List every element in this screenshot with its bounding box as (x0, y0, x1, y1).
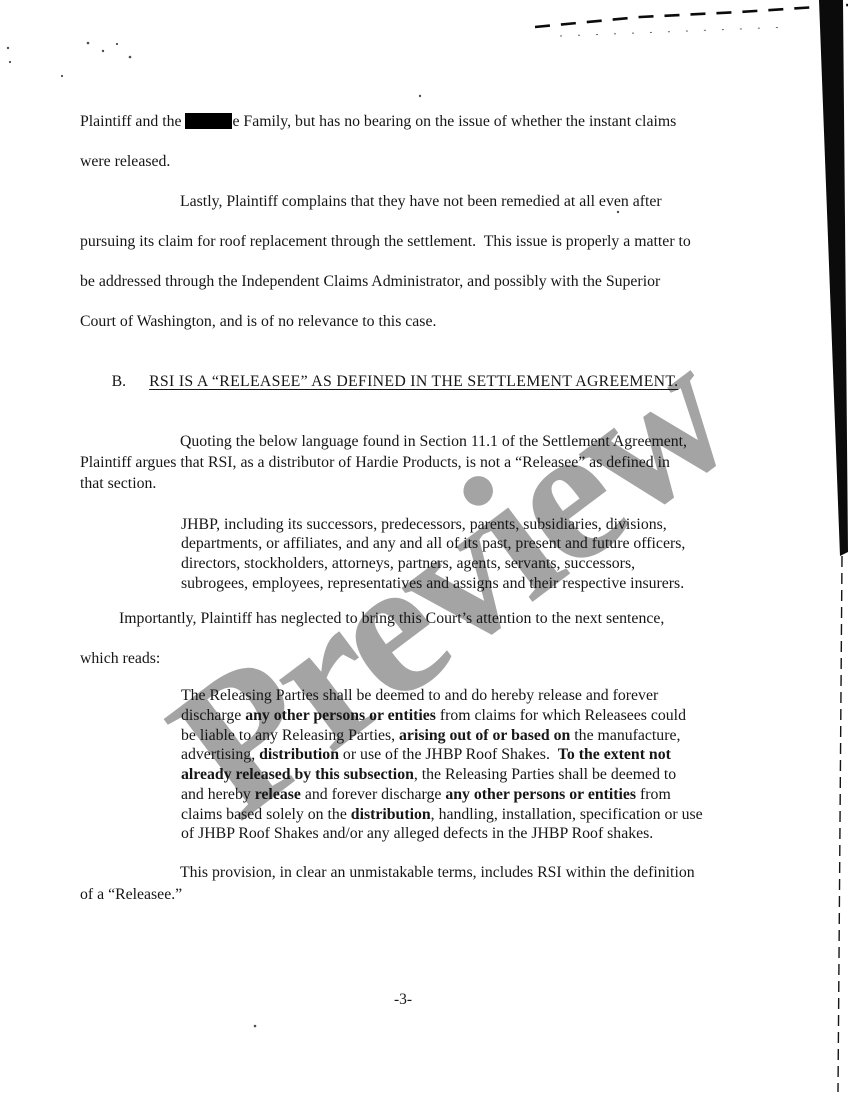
text-line: Plaintiff and the e Family, but has no b… (80, 112, 770, 132)
right-edge-dashed-line (838, 556, 842, 1092)
text-line: which reads: (80, 649, 770, 669)
text-segment: departments, or affiliates, and any and … (181, 535, 685, 552)
section-heading-line: B.RSI IS A “RELEASEE” AS DEFINED IN THE … (80, 352, 770, 412)
text-segment: Importantly, Plaintiff has neglected to … (119, 610, 664, 627)
text-segment: advertising, (181, 746, 259, 763)
text-segment: and forever discharge (301, 786, 445, 803)
text-line: Importantly, Plaintiff has neglected to … (80, 609, 770, 629)
text-segment: JHBP, including its successors, predeces… (181, 516, 667, 533)
text-segment: , handling, installation, specification … (431, 806, 703, 823)
text-line: Quoting the below language found in Sect… (80, 432, 770, 453)
text-line: discharge any other persons or entities … (181, 706, 770, 726)
paragraph-plaintiff-family: Plaintiff and the e Family, but has no b… (80, 112, 770, 172)
text-line: departments, or affiliates, and any and … (181, 534, 770, 554)
document-body: Plaintiff and the e Family, but has no b… (80, 112, 770, 905)
blockquote-releasing-parties: The Releasing Parties shall be deemed to… (181, 686, 770, 844)
text-segment: from claims for which Releasees could (436, 707, 686, 724)
text-line: that section. (80, 474, 770, 495)
text-segment: of JHBP Roof Shakes and/or any alleged d… (181, 825, 653, 842)
text-line: subrogees, employees, representatives an… (181, 574, 770, 594)
text-segment: of a “Releasee.” (80, 886, 182, 903)
text-line: Court of Washington, and is of no releva… (80, 312, 770, 332)
text-line: Plaintiff argues that RSI, as a distribu… (80, 453, 770, 474)
text-segment: This provision, in clear an unmistakable… (180, 864, 695, 881)
paragraph-importantly: Importantly, Plaintiff has neglected to … (80, 609, 770, 669)
bold-text-segment: arising out of or based on (399, 727, 570, 744)
text-segment: pursuing its claim for roof replacement … (80, 233, 691, 250)
top-edge-dashes (535, 5, 848, 27)
text-line: were released. (80, 152, 770, 172)
bold-text-segment: release (255, 786, 301, 803)
text-line: JHBP, including its successors, predeces… (181, 515, 770, 535)
text-segment: which reads: (80, 650, 160, 667)
text-line: already released by this subsection, the… (181, 765, 770, 785)
text-line: Lastly, Plaintiff complains that they ha… (80, 192, 770, 212)
text-line: be liable to any Releasing Parties, aris… (181, 726, 770, 746)
text-segment: , the Releasing Parties shall be deemed … (414, 766, 676, 783)
text-line: The Releasing Parties shall be deemed to… (181, 686, 770, 706)
text-segment: or use of the JHBP Roof Shakes. (339, 746, 558, 763)
text-segment: from (636, 786, 671, 803)
text-segment: that section. (80, 475, 156, 492)
text-segment: Plaintiff argues that RSI, as a distribu… (80, 454, 670, 471)
text-segment: the manufacture, (570, 727, 680, 744)
text-line: of a “Releasee.” (80, 885, 770, 905)
text-segment: The Releasing Parties shall be deemed to… (181, 687, 658, 704)
text-segment: directors, stockholders, attorneys, part… (181, 555, 635, 572)
text-segment: be addressed through the Independent Cla… (80, 273, 660, 290)
bold-text-segment: To the extent not (558, 746, 671, 763)
text-segment: Plaintiff and the (80, 113, 185, 130)
text-segment: be liable to any Releasing Parties, (181, 727, 399, 744)
top-edge-dotted-line (560, 27, 790, 36)
text-segment: Quoting the below language found in Sect… (180, 433, 687, 450)
scanned-document-page: Preview Plaintiff and the e Family, but … (0, 0, 850, 1104)
text-segment: Lastly, Plaintiff complains that they ha… (180, 193, 662, 210)
redaction-box (185, 113, 232, 129)
text-segment: discharge (181, 707, 245, 724)
section-heading-b: B.RSI IS A “RELEASEE” AS DEFINED IN THE … (80, 352, 770, 412)
paragraph-lastly-complaint: Lastly, Plaintiff complains that they ha… (80, 192, 770, 332)
text-line: This provision, in clear an unmistakable… (80, 863, 770, 883)
bold-text-segment: distribution (351, 806, 431, 823)
text-line: of JHBP Roof Shakes and/or any alleged d… (181, 824, 770, 844)
page-number: -3- (0, 991, 828, 1009)
text-segment: subrogees, employees, representatives an… (181, 575, 684, 592)
text-line: be addressed through the Independent Cla… (80, 272, 770, 292)
blockquote-jhbp-definition: JHBP, including its successors, predeces… (181, 515, 770, 594)
text-segment: claims based solely on the (181, 806, 351, 823)
section-label: B. (112, 373, 127, 390)
text-line: directors, stockholders, attorneys, part… (181, 554, 770, 574)
bold-text-segment: distribution (259, 746, 339, 763)
text-line: pursuing its claim for roof replacement … (80, 232, 770, 252)
paragraph-quoting-section: Quoting the below language found in Sect… (80, 432, 770, 495)
right-edge-scan-bar (819, 0, 848, 556)
text-segment: were released. (80, 153, 170, 170)
text-segment: Court of Washington, and is of no releva… (80, 313, 436, 330)
bold-text-segment: already released by this subsection (181, 766, 414, 783)
text-line: advertising, distribution or use of the … (181, 745, 770, 765)
bold-text-segment: any other persons or entities (245, 707, 436, 724)
text-segment: e Family, but has no bearing on the issu… (232, 113, 676, 130)
text-segment: and hereby (181, 786, 255, 803)
text-line: and hereby release and forever discharge… (181, 785, 770, 805)
paragraph-conclusion: This provision, in clear an unmistakable… (80, 863, 770, 905)
section-heading-title: RSI IS A “RELEASEE” AS DEFINED IN THE SE… (149, 373, 678, 390)
text-line: claims based solely on the distribution,… (181, 805, 770, 825)
bold-text-segment: any other persons or entities (445, 786, 636, 803)
